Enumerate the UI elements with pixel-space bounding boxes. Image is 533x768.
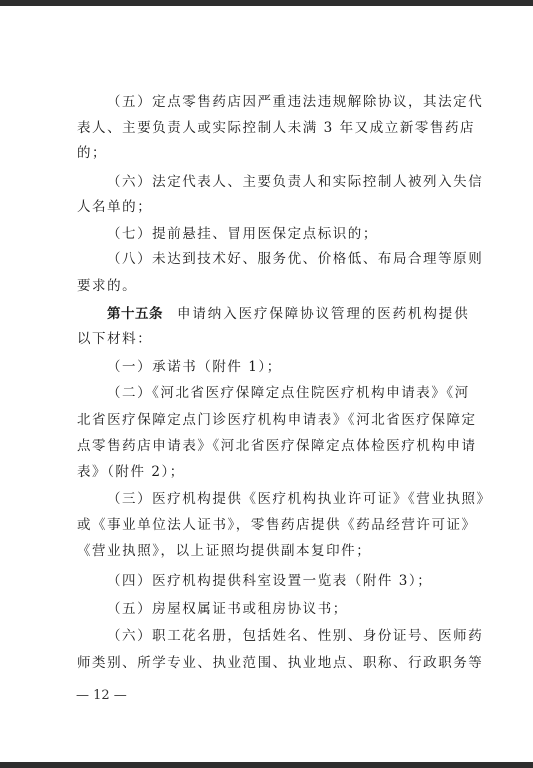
text-line: 人名单的； bbox=[77, 198, 459, 216]
text-line: （五）定点零售药店因严重违法违规解除协议，其法定代 bbox=[107, 93, 459, 111]
text-line: 表人、主要负责人或实际控制人未满 3 年又成立新零售药店 bbox=[77, 119, 459, 137]
text-line: 点零售药店申请表》《河北省医疗保障定点体检医疗机构申请 bbox=[77, 437, 459, 455]
viewer-bottom-bar bbox=[0, 762, 533, 768]
article-heading: 第十五条 bbox=[107, 306, 163, 322]
text-line: （三）医疗机构提供《医疗机构执业许可证》《营业执照》 bbox=[107, 490, 459, 508]
text-line: 以下材料： bbox=[77, 330, 459, 348]
text-line: （七）提前悬挂、冒用医保定点标识的； bbox=[107, 225, 459, 243]
text-line: 师类别、所学专业、执业范围、执业地点、职称、行政职务等 bbox=[77, 654, 459, 672]
page-number: — 12 — bbox=[76, 688, 127, 704]
document-page: （五）定点零售药店因严重违法违规解除协议，其法定代表人、主要负责人或实际控制人未… bbox=[0, 6, 533, 762]
text-line: （八）未达到技术好、服务优、价格低、布局合理等原则 bbox=[107, 250, 459, 268]
article-line: 第十五条申请纳入医疗保障协议管理的医药机构提供 bbox=[107, 305, 459, 323]
text-line: （一）承诺书（附件 1）； bbox=[107, 358, 459, 376]
text-line: 的； bbox=[77, 144, 459, 162]
text-line: 表》（附件 2）； bbox=[77, 463, 459, 481]
article-text: 申请纳入医疗保障协议管理的医药机构提供 bbox=[177, 306, 470, 322]
text-line: 北省医疗保障定点门诊医疗机构申请表》《河北省医疗保障定 bbox=[77, 411, 459, 429]
text-line: 《营业执照》，以上证照均提供副本复印件； bbox=[77, 542, 459, 560]
text-line: （五）房屋权属证书或租房协议书； bbox=[107, 600, 459, 618]
text-line: 或《事业单位法人证书》，零售药店提供《药品经营许可证》 bbox=[77, 516, 459, 534]
text-line: （六）职工花名册，包括姓名、性别、身份证号、医师药 bbox=[107, 627, 459, 645]
text-line: 要求的。 bbox=[77, 277, 459, 295]
text-line: （四）医疗机构提供科室设置一览表（附件 3）； bbox=[107, 572, 459, 590]
text-line: （二）《河北省医疗保障定点住院医疗机构申请表》《河 bbox=[107, 384, 459, 402]
text-line: （六）法定代表人、主要负责人和实际控制人被列入失信 bbox=[107, 173, 459, 191]
